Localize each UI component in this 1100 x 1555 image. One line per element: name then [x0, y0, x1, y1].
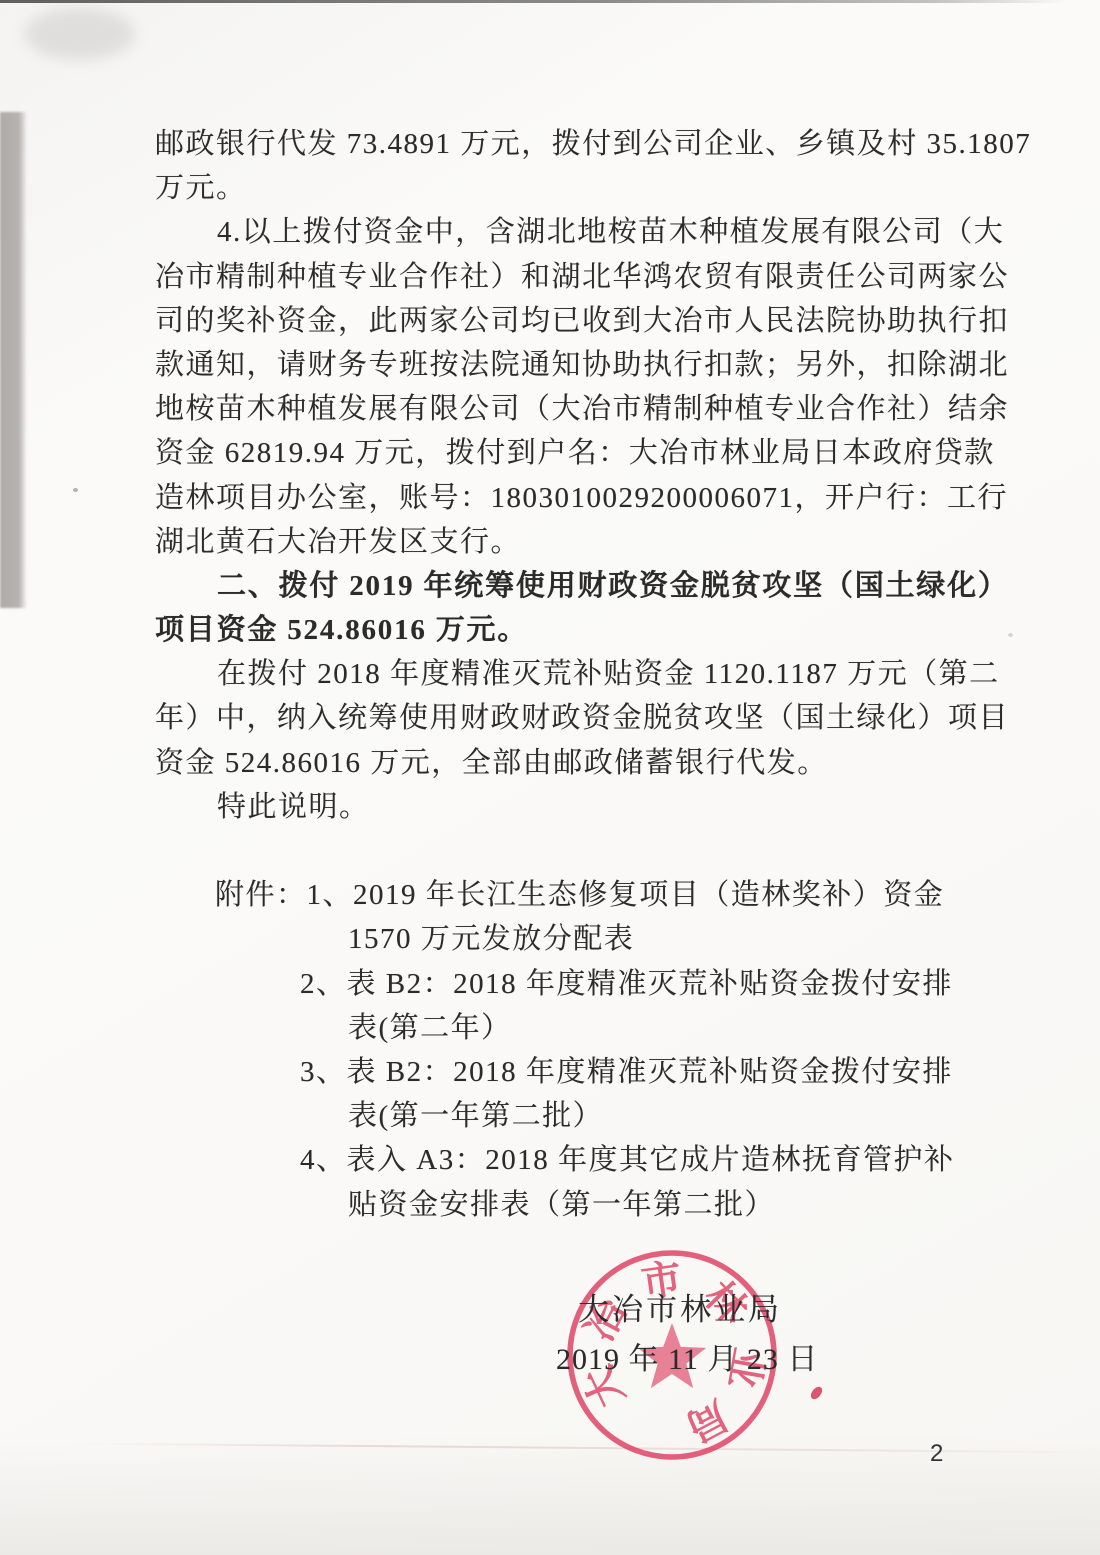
body-line-2: 万元。 [155, 166, 965, 210]
scan-shadow-top-left [25, 8, 135, 60]
closing-remark-line: 特此说明。 [155, 785, 965, 829]
attachment-line-5: 3、表 B2：2018 年度精准灭荒补贴资金拨付安排 [155, 1050, 965, 1094]
document-body: 邮政银行代发 73.4891 万元，拨付到公司企业、乡镇及村 35.1807 万… [155, 122, 965, 1227]
scan-edge-left [0, 112, 27, 608]
body-line-9: 造林项目办公室，账号：1803010029200006071，开户行：工行 [155, 476, 965, 520]
scan-speck [73, 488, 78, 492]
scan-speck [1008, 633, 1013, 637]
body-line-4: 冶市精制种植专业合作社）和湖北华鸿农贸有限责任公司两家公 [155, 255, 965, 299]
scan-edge-top [0, 0, 1100, 3]
body-line-15: 资金 524.86016 万元，全部由邮政储蓄银行代发。 [155, 741, 965, 785]
attachment-line-8: 贴资金安排表（第一年第二批） [155, 1183, 965, 1227]
scanned-document-page: 邮政银行代发 73.4891 万元，拨付到公司企业、乡镇及村 35.1807 万… [0, 0, 1100, 1555]
signature-date: 2019 年 11 月 23 日 [556, 1334, 818, 1378]
body-line-14: 年）中，纳入统筹使用财政财政资金脱贫攻坚（国土绿化）项目 [155, 696, 965, 740]
section-heading-line-1: 二、拨付 2019 年统筹使用财政资金脱贫攻坚（国土绿化） [155, 564, 965, 608]
page-number: 2 [930, 1440, 943, 1468]
body-line-7: 地桉苗木种植发展有限公司（大冶市精制种植专业合作社）结余 [155, 387, 965, 431]
body-line-6: 款通知，请财务专班按法院通知协助执行扣款；另外，扣除湖北 [155, 343, 965, 387]
attachment-line-2: 1570 万元发放分配表 [155, 917, 965, 961]
attachment-line-3: 2、表 B2：2018 年度精准灭荒补贴资金拨付安排 [155, 962, 965, 1006]
body-line-10: 湖北黄石大冶开发区支行。 [155, 520, 965, 564]
signature-agency-name: 大冶市林业局 [578, 1284, 782, 1329]
attachment-line-4: 表(第二年） [155, 1006, 965, 1050]
blank-line [155, 829, 965, 873]
body-line-13: 在拨付 2018 年度精准灭荒补贴资金 1120.1187 万元（第二 [155, 652, 965, 696]
attachment-line-6: 表(第一年第二批） [155, 1094, 965, 1138]
body-line-1: 邮政银行代发 73.4891 万元，拨付到公司企业、乡镇及村 35.1807 [155, 122, 965, 166]
body-line-8: 资金 62819.94 万元，拨付到户名：大冶市林业局日本政府贷款 [155, 431, 965, 475]
body-line-3: 4.以上拨付资金中，含湖北地桉苗木种植发展有限公司（大 [155, 210, 965, 254]
red-ink-smudge [809, 1385, 824, 1402]
section-heading-line-2: 项目资金 524.86016 万元。 [155, 608, 965, 652]
attachment-line-1: 附件：1、2019 年长江生态修复项目（造林奖补）资金 [155, 873, 965, 917]
attachment-line-7: 4、表入 A3：2018 年度其它成片造林抚育管护补 [155, 1138, 965, 1182]
body-line-5: 司的奖补资金，此两家公司均已收到大冶市人民法院协助执行扣 [155, 299, 965, 343]
